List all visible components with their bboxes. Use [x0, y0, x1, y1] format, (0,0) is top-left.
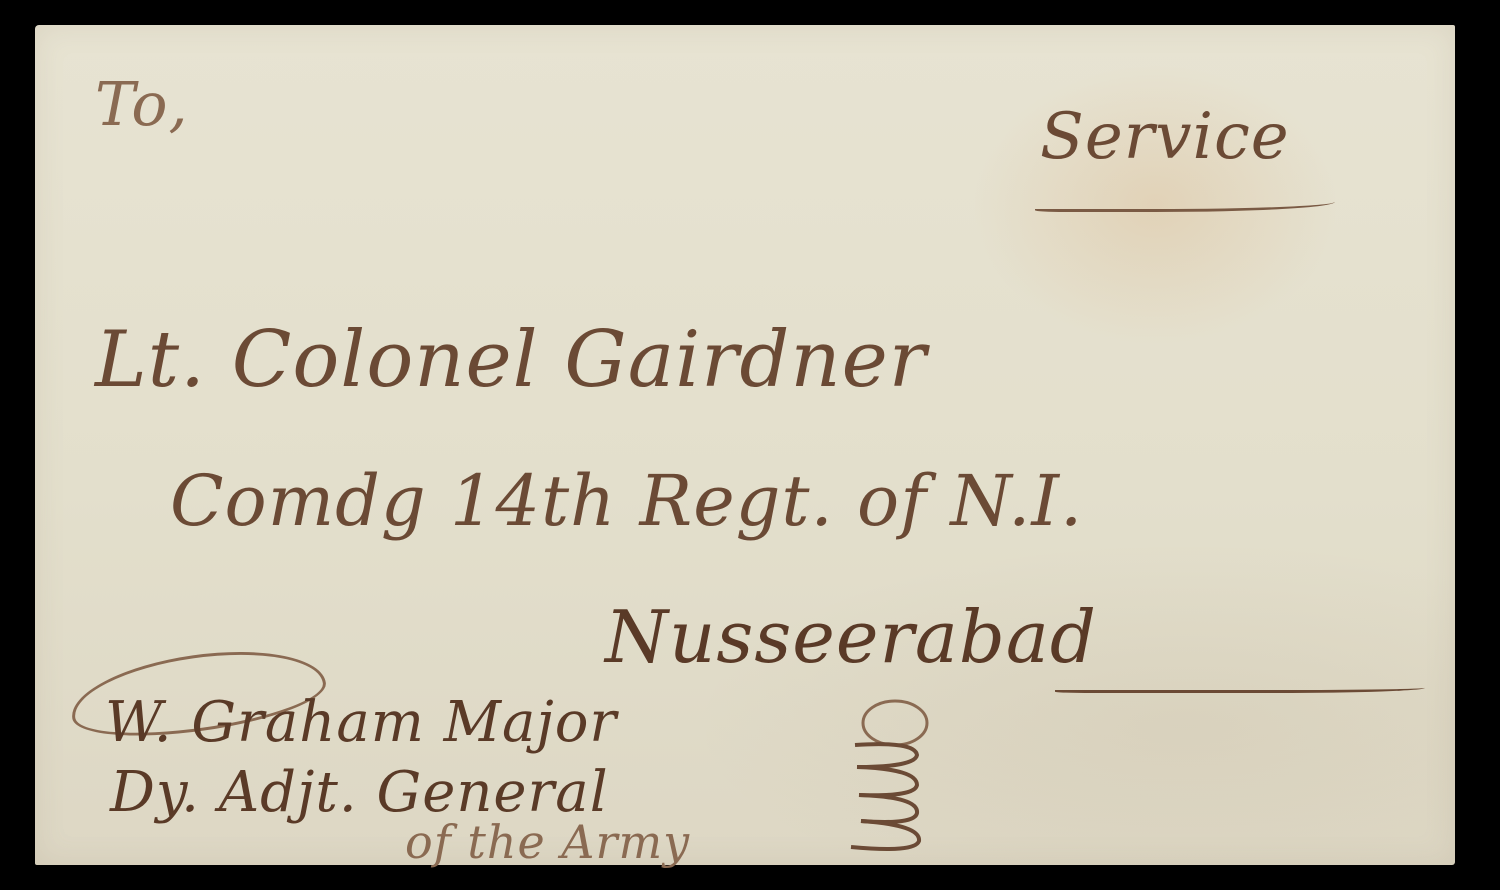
sender-unit: of the Army	[405, 815, 690, 869]
address-regiment: Comdg 14th Regt. of N.I.	[170, 460, 1083, 542]
address-underline	[1055, 680, 1425, 693]
to-mark: To,	[95, 70, 189, 140]
envelope-cover: To, Service Lt. Colonel Gairdner Comdg 1…	[35, 25, 1455, 865]
paraph-flourish-icon	[845, 693, 935, 863]
service-endorsement: Service	[1040, 100, 1290, 174]
sender-name: W. Graham Major	[105, 690, 617, 755]
address-place: Nusseerabad	[605, 595, 1097, 679]
service-underline	[1035, 195, 1335, 212]
address-recipient: Lt. Colonel Gairdner	[95, 315, 927, 405]
